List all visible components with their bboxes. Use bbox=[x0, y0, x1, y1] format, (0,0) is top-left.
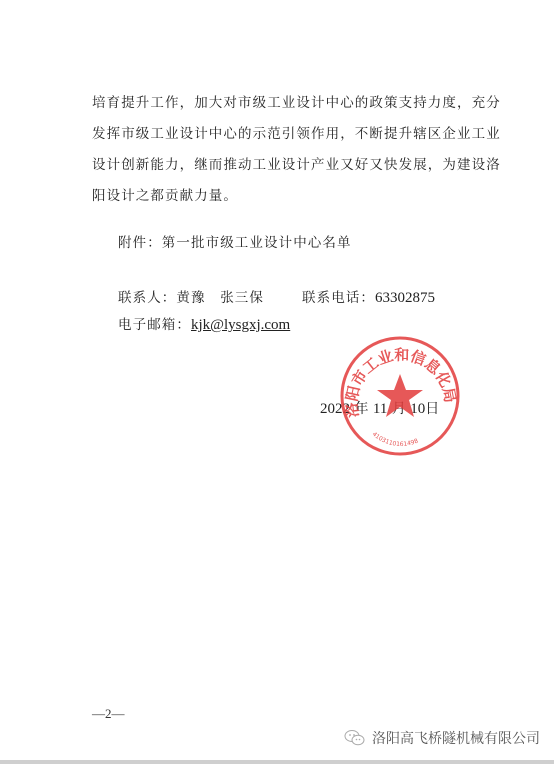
contact-label: 联系人： bbox=[118, 290, 176, 306]
paragraph-line-3: 设计创新能力，继而推动工业设计产业又好又快发展，为建设洛 bbox=[92, 153, 501, 173]
paragraph-line-4: 阳设计之都贡献力量。 bbox=[92, 184, 238, 204]
page-number: —2— bbox=[92, 706, 125, 722]
phone-number: 63302875 bbox=[375, 290, 435, 306]
email-line: 电子邮箱：kjk@lysgxj.com bbox=[118, 313, 290, 334]
wechat-icon bbox=[344, 729, 366, 747]
bottom-divider bbox=[0, 760, 554, 764]
svg-text:4103110161498: 4103110161498 bbox=[371, 431, 420, 448]
paragraph-line-2: 发挥市级工业设计中心的示范引领作用，不断提升辖区企业工业 bbox=[92, 122, 501, 142]
phone-label: 联系电话： bbox=[302, 290, 375, 306]
email-link[interactable]: kjk@lysgxj.com bbox=[191, 317, 290, 333]
paragraph-line-1: 培育提升工作，加大对市级工业设计中心的政策支持力度，充分 bbox=[92, 91, 501, 111]
account-name: 洛阳高飞桥隧机械有限公司 bbox=[372, 728, 540, 748]
wechat-account-footer: 洛阳高飞桥隧机械有限公司 bbox=[344, 728, 540, 748]
contact-line: 联系人：黄豫 张三保联系电话：63302875 bbox=[118, 286, 435, 307]
contact-names: 黄豫 张三保 bbox=[176, 290, 264, 306]
official-seal-icon: 洛阳市工业和信息化局 4103110161498 bbox=[338, 334, 462, 458]
attachment-line: 附件：第一批市级工业设计中心名单 bbox=[118, 231, 352, 251]
email-label: 电子邮箱： bbox=[118, 317, 191, 333]
